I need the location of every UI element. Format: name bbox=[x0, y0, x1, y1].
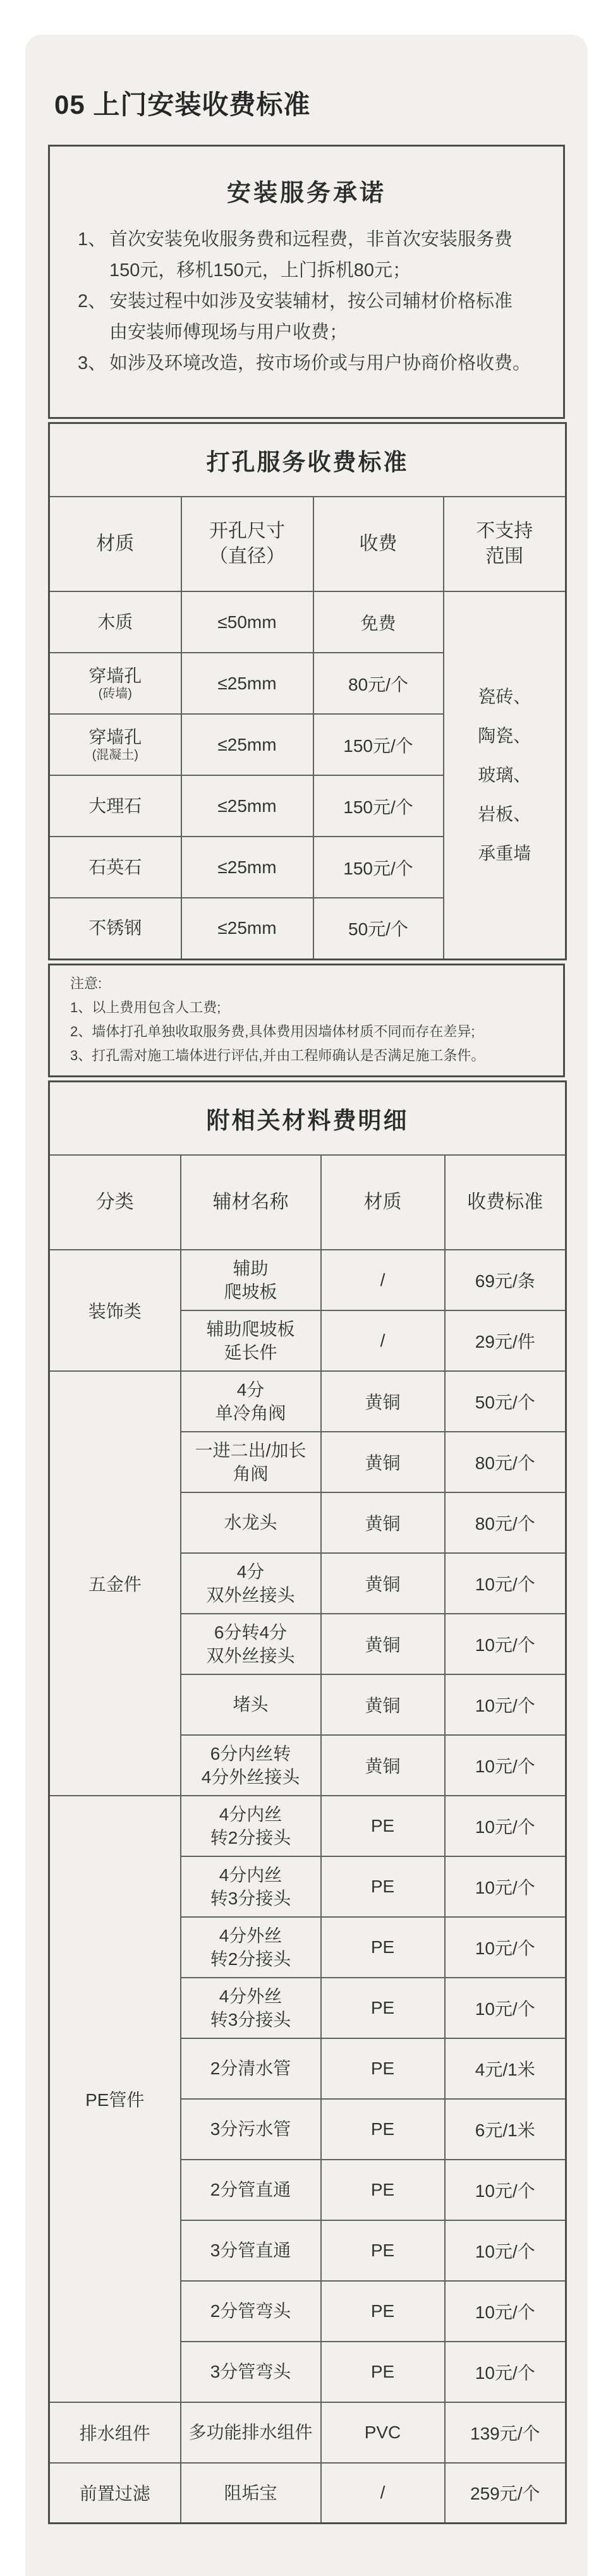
drill-size: ≤25mm bbox=[181, 775, 313, 837]
material-fee: 139元/个 bbox=[445, 2402, 566, 2463]
drill-fee: 50元/个 bbox=[313, 898, 444, 959]
category-cell-decoration: 装饰类 bbox=[49, 1250, 181, 1371]
drill-material-cell: 大理石 bbox=[49, 775, 181, 837]
promise-item-number: 1、 bbox=[78, 224, 109, 286]
material-type: PE bbox=[321, 2160, 445, 2220]
category-cell-hardware: 五金件 bbox=[49, 1371, 181, 1796]
drill-row: 木质 ≤50mm 免费 瓷砖、 陶瓷、 玻璃、 岩板、 承重墙 bbox=[49, 591, 566, 653]
promise-item: 1、 首次安装免收服务费和远程费，非首次安装服务费 150元，移机150元，上门… bbox=[78, 224, 545, 286]
material-type: PE bbox=[321, 1917, 445, 1978]
drill-fee-table: 打孔服务收费标准 材质 开孔尺寸 （直径） 收费 不支持 范围 木质 ≤50mm… bbox=[48, 422, 567, 960]
material-name: 3分污水管 bbox=[181, 2099, 321, 2160]
material-name: 4分外丝 转2分接头 bbox=[181, 1917, 321, 1978]
drill-header-fee: 收费 bbox=[313, 497, 444, 591]
drill-material: 不锈钢 bbox=[88, 918, 142, 938]
drill-size: ≤25mm bbox=[181, 653, 313, 714]
drill-fee: 150元/个 bbox=[313, 837, 444, 898]
material-fee: 10元/个 bbox=[445, 1856, 566, 1917]
promise-title: 安装服务承诺 bbox=[50, 173, 563, 208]
drill-table-title-row: 打孔服务收费标准 bbox=[49, 423, 566, 497]
drill-fee: 150元/个 bbox=[313, 714, 444, 775]
material-name: 6分转4分 双外丝接头 bbox=[181, 1614, 321, 1674]
material-name: 辅助 爬坡板 bbox=[181, 1250, 321, 1310]
drill-size: ≤25mm bbox=[181, 898, 313, 959]
material-type: 黄铜 bbox=[321, 1371, 445, 1432]
drill-material-cell: 石英石 bbox=[49, 837, 181, 898]
drill-table-header-row: 材质 开孔尺寸 （直径） 收费 不支持 范围 bbox=[49, 497, 566, 591]
material-fee: 10元/个 bbox=[445, 1674, 566, 1735]
material-name: 2分管弯头 bbox=[181, 2281, 321, 2342]
drill-fee: 免费 bbox=[313, 591, 444, 653]
promise-item-text: 首次安装免收服务费和远程费，非首次安装服务费 150元，移机150元，上门拆机8… bbox=[109, 224, 545, 286]
drill-material: 大理石 bbox=[88, 796, 142, 816]
materials-header-name: 辅材名称 bbox=[181, 1155, 321, 1250]
drill-size: ≤25mm bbox=[181, 714, 313, 775]
material-type: PE bbox=[321, 2281, 445, 2342]
drill-material: 穿墙孔 bbox=[88, 727, 142, 747]
material-type: PE bbox=[321, 1978, 445, 2038]
material-type: PE bbox=[321, 1856, 445, 1917]
material-type: PE bbox=[321, 2220, 445, 2281]
material-fee: 50元/个 bbox=[445, 1371, 566, 1432]
material-type: PVC bbox=[321, 2402, 445, 2463]
drill-material-cell: 木质 bbox=[49, 591, 181, 653]
material-name: 2分管直通 bbox=[181, 2160, 321, 2220]
material-name: 水龙头 bbox=[181, 1492, 321, 1553]
drill-header-material: 材质 bbox=[49, 497, 181, 591]
promise-item-number: 2、 bbox=[78, 286, 109, 348]
material-row: 装饰类 辅助 爬坡板 / 69元/条 bbox=[49, 1250, 566, 1310]
material-row: 排水组件 多功能排水组件 PVC 139元/个 bbox=[49, 2402, 566, 2463]
drill-fee: 150元/个 bbox=[313, 775, 444, 837]
material-row: PE管件 4分内丝 转2分接头 PE 10元/个 bbox=[49, 1796, 566, 1856]
note-item: 3、打孔需对施工墙体进行评估,并由工程师确认是否满足施工条件。 bbox=[70, 1044, 543, 1068]
category-cell-pe-fittings: PE管件 bbox=[49, 1796, 181, 2402]
material-fee: 29元/件 bbox=[445, 1310, 566, 1371]
content-panel: 05 上门安装收费标准 安装服务承诺 1、 首次安装免收服务费和远程费，非首次安… bbox=[25, 35, 588, 2576]
drill-material: 石英石 bbox=[88, 857, 142, 877]
material-type: 黄铜 bbox=[321, 1674, 445, 1735]
drill-size: ≤50mm bbox=[181, 591, 313, 653]
page-title: 05 上门安装收费标准 bbox=[48, 35, 565, 121]
material-type: PE bbox=[321, 2342, 445, 2402]
promise-section: 安装服务承诺 1、 首次安装免收服务费和远程费，非首次安装服务费 150元，移机… bbox=[48, 145, 565, 419]
notes-title: 注意: bbox=[70, 972, 543, 996]
material-name: 6分内丝转 4分外丝接头 bbox=[181, 1735, 321, 1796]
materials-table-title: 附相关材料费明细 bbox=[49, 1081, 566, 1155]
promise-item: 2、 安装过程中如涉及安装辅材，按公司辅材价格标准 由安装师傅现场与用户收费； bbox=[78, 286, 545, 348]
category-cell-prefilter: 前置过滤 bbox=[49, 2463, 181, 2524]
note-item: 2、墙体打孔单独收取服务费,具体费用因墙体材质不同而存在差异; bbox=[70, 1020, 543, 1044]
drill-size: ≤25mm bbox=[181, 837, 313, 898]
drill-material-sub: (砖墙) bbox=[50, 687, 181, 701]
material-fee: 10元/个 bbox=[445, 1553, 566, 1614]
material-fee: 10元/个 bbox=[445, 2220, 566, 2281]
material-fee: 6元/1米 bbox=[445, 2099, 566, 2160]
material-type: 黄铜 bbox=[321, 1614, 445, 1674]
material-fee: 259元/个 bbox=[445, 2463, 566, 2524]
material-type: PE bbox=[321, 1796, 445, 1856]
promise-item-text: 如涉及环境改造，按市场价或与用户协商价格收费。 bbox=[109, 348, 545, 379]
materials-table-header-row: 分类 辅材名称 材质 收费标准 bbox=[49, 1155, 566, 1250]
promise-item-number: 3、 bbox=[78, 348, 109, 379]
drill-material-cell: 不锈钢 bbox=[49, 898, 181, 959]
material-fee: 10元/个 bbox=[445, 1735, 566, 1796]
material-type: / bbox=[321, 1310, 445, 1371]
drill-header-unsupported: 不支持 范围 bbox=[444, 497, 566, 591]
material-fee: 10元/个 bbox=[445, 2281, 566, 2342]
material-fee: 10元/个 bbox=[445, 1978, 566, 2038]
drill-material-sub: (混凝土) bbox=[50, 748, 181, 763]
material-fee: 80元/个 bbox=[445, 1492, 566, 1553]
drill-material-cell: 穿墙孔(砖墙) bbox=[49, 653, 181, 714]
material-name: 2分清水管 bbox=[181, 2038, 321, 2099]
drill-fee: 80元/个 bbox=[313, 653, 444, 714]
drill-header-size: 开孔尺寸 （直径） bbox=[181, 497, 313, 591]
material-type: 黄铜 bbox=[321, 1553, 445, 1614]
material-name: 3分管直通 bbox=[181, 2220, 321, 2281]
material-name: 4分内丝 转3分接头 bbox=[181, 1856, 321, 1917]
material-name: 4分内丝 转2分接头 bbox=[181, 1796, 321, 1856]
material-name: 4分 单冷角阀 bbox=[181, 1371, 321, 1432]
material-fee: 10元/个 bbox=[445, 1917, 566, 1978]
material-type: PE bbox=[321, 2038, 445, 2099]
material-fee: 10元/个 bbox=[445, 1614, 566, 1674]
drill-unsupported-scope: 瓷砖、 陶瓷、 玻璃、 岩板、 承重墙 bbox=[444, 591, 566, 959]
material-name: 4分外丝 转3分接头 bbox=[181, 1978, 321, 2038]
material-fee: 69元/条 bbox=[445, 1250, 566, 1310]
material-type: / bbox=[321, 1250, 445, 1310]
material-type: 黄铜 bbox=[321, 1432, 445, 1492]
material-type: 黄铜 bbox=[321, 1492, 445, 1553]
material-name: 4分 双外丝接头 bbox=[181, 1553, 321, 1614]
promise-item: 3、 如涉及环境改造，按市场价或与用户协商价格收费。 bbox=[78, 348, 545, 379]
material-type: PE bbox=[321, 2099, 445, 2160]
material-row: 五金件 4分 单冷角阀 黄铜 50元/个 bbox=[49, 1371, 566, 1432]
materials-fee-table: 附相关材料费明细 分类 辅材名称 材质 收费标准 装饰类 辅助 爬坡板 / 69… bbox=[48, 1080, 567, 2525]
drill-material: 木质 bbox=[97, 612, 133, 632]
promise-item-text: 安装过程中如涉及安装辅材，按公司辅材价格标准 由安装师傅现场与用户收费； bbox=[109, 286, 545, 348]
material-name: 阻垢宝 bbox=[181, 2463, 321, 2524]
material-fee: 10元/个 bbox=[445, 1796, 566, 1856]
material-name: 堵头 bbox=[181, 1674, 321, 1735]
material-fee: 10元/个 bbox=[445, 2160, 566, 2220]
material-name: 一进二出/加长 角阀 bbox=[181, 1432, 321, 1492]
material-fee: 4元/1米 bbox=[445, 2038, 566, 2099]
materials-header-material: 材质 bbox=[321, 1155, 445, 1250]
materials-header-category: 分类 bbox=[49, 1155, 181, 1250]
material-name: 辅助爬坡板 延长件 bbox=[181, 1310, 321, 1371]
promise-list: 1、 首次安装免收服务费和远程费，非首次安装服务费 150元，移机150元，上门… bbox=[50, 224, 563, 379]
material-fee: 10元/个 bbox=[445, 2342, 566, 2402]
material-row: 前置过滤 阻垢宝 / 259元/个 bbox=[49, 2463, 566, 2524]
material-name: 3分管弯头 bbox=[181, 2342, 321, 2402]
drill-material-cell: 穿墙孔(混凝土) bbox=[49, 714, 181, 775]
drill-table-title: 打孔服务收费标准 bbox=[49, 423, 566, 497]
material-fee: 80元/个 bbox=[445, 1432, 566, 1492]
notes-section: 注意: 1、以上费用包含人工费; 2、墙体打孔单独收取服务费,具体费用因墙体材质… bbox=[48, 964, 565, 1077]
material-name: 多功能排水组件 bbox=[181, 2402, 321, 2463]
material-type: 黄铜 bbox=[321, 1735, 445, 1796]
category-cell-drainage: 排水组件 bbox=[49, 2402, 181, 2463]
note-item: 1、以上费用包含人工费; bbox=[70, 996, 543, 1020]
material-type: / bbox=[321, 2463, 445, 2524]
materials-header-fee: 收费标准 bbox=[445, 1155, 566, 1250]
drill-material: 穿墙孔 bbox=[88, 666, 142, 686]
materials-table-title-row: 附相关材料费明细 bbox=[49, 1081, 566, 1155]
